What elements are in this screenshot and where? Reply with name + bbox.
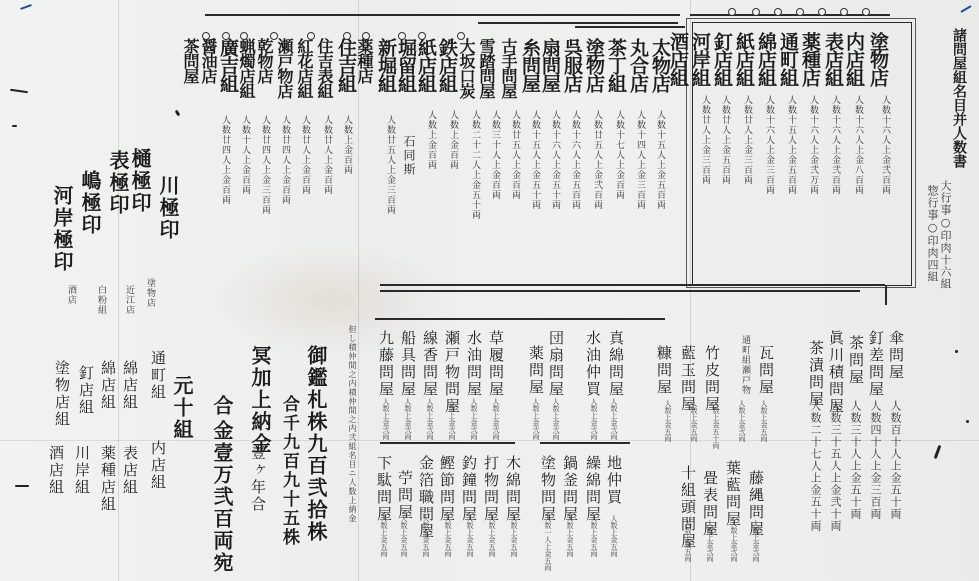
- ink-mark: [15, 485, 29, 487]
- summary-total-label: 合: [212, 395, 232, 417]
- group-mid-14: 薬種店: [356, 38, 372, 83]
- lower-group: 鍋釜問屋: [562, 455, 577, 523]
- group-upper-3: 薬種店: [800, 32, 819, 86]
- group-upper-4: 通町組: [778, 32, 797, 86]
- group-mid-1: 丸合店: [628, 38, 647, 92]
- ink-mark: [955, 350, 958, 353]
- group-mid-detail: 人数十人上金百両: [240, 115, 249, 195]
- lower-group: 瓦問屋: [758, 345, 773, 396]
- bracket-ring: [457, 32, 465, 40]
- group-mid-21: 廣吉組: [218, 38, 237, 92]
- bracket-line: [380, 442, 515, 444]
- lower-group: 傘問屋: [888, 330, 903, 381]
- lower-group: 釣鐘問屋: [461, 455, 476, 523]
- bracket-line: [478, 22, 678, 24]
- group-mid-20: 蝋燭店組: [238, 38, 254, 98]
- lower-group: 塗物問屋: [540, 455, 555, 523]
- group-mid-detail: 人数廿五人上金弐百両: [592, 110, 601, 210]
- lower-group: 木綿問屋: [505, 455, 520, 523]
- lower-group: 線香問屋: [422, 330, 437, 398]
- lower-detail: 人数上金五両: [690, 400, 697, 442]
- lower-detail: 人数二十七人上金五十両: [810, 400, 821, 532]
- group-upper-8: 河岸組: [690, 32, 709, 86]
- group-mid-3: 塗物店: [584, 38, 603, 92]
- group-mid-detail: 人数三十人上金百両: [490, 110, 499, 200]
- bracket-ring: [752, 8, 760, 16]
- bracket-ring: [728, 8, 736, 16]
- group-upper-5: 綿店組: [756, 32, 775, 86]
- lower-group: 釘差問屋: [868, 330, 883, 398]
- lower-detail: 人数上金弐両: [590, 398, 597, 440]
- lower-detail: 人数三十五人上金弐十両: [830, 400, 841, 532]
- lower-detail: 人数三十人上金五十両: [850, 400, 861, 520]
- lower-group: 糠問屋: [656, 345, 671, 396]
- group-mid-detail: 人数上金百両: [342, 115, 351, 175]
- lower-detail: 人数上金五両: [590, 515, 597, 557]
- lower-detail: 人数上金弐両: [610, 398, 617, 440]
- lower-detail: 人数一人上金五両: [544, 515, 551, 571]
- lower-detail: 人数上金弐両: [470, 398, 477, 440]
- group-upper-detail: 人数廿人上金三百両: [700, 95, 709, 185]
- lower-group: 茶漬問屋: [808, 340, 823, 408]
- group-mid-17: 紅花店組: [296, 38, 312, 98]
- mark-kawa: 川極印: [158, 175, 178, 241]
- summary-total-amount: 金壹万弐百両宛: [212, 420, 232, 574]
- group-mid-10: 鉄店組: [437, 38, 456, 92]
- lower-detail: 人数上金弐両: [552, 398, 559, 440]
- group-mid-detail: 人数十四人上金三百両: [635, 110, 644, 210]
- note-general-official: 惣行事○印肉四組: [927, 185, 938, 283]
- left-group: 塗物店組: [54, 360, 69, 428]
- group-mid-detail: 石同斯: [403, 135, 415, 177]
- group-upper-detail: 人数廿人上金五百両: [720, 95, 729, 185]
- bracket-line: [575, 26, 685, 28]
- group-mid-detail: 人数十五人上金五百両: [655, 110, 664, 210]
- group-mid-22: 醤油店: [200, 38, 216, 83]
- mark-note: 白粉組: [96, 285, 105, 315]
- mark-shima: 嶋極印: [80, 170, 100, 236]
- lower-group: 下駄問屋: [376, 455, 391, 523]
- lower-group: 葉藍問屋: [725, 460, 740, 528]
- lower-group: 薬問屋: [528, 345, 543, 396]
- bracket-ring: [774, 8, 782, 16]
- group-mid-detail: 人数廿五人上金百両: [510, 110, 519, 200]
- lower-group: 通町組瀬戸物: [740, 335, 749, 395]
- group-mid-5: 扇問屋: [540, 38, 559, 92]
- bracket-line: [375, 318, 665, 320]
- bracket-ring: [240, 32, 248, 40]
- lower-group: 水油仲買: [585, 330, 600, 398]
- group-upper-0: 塗物店: [868, 32, 887, 86]
- group-mid-9: 大坂口炭: [458, 38, 474, 98]
- bracket-line: [380, 290, 860, 292]
- bracket-ring: [222, 32, 230, 40]
- bracket-ring: [818, 8, 826, 16]
- left-group: 表店組: [122, 445, 137, 496]
- lower-detail: 人数上金五両: [566, 515, 573, 557]
- group-mid-0: 太物店: [650, 38, 669, 92]
- lower-detail: 人数上金弐両: [426, 398, 433, 440]
- bracket-line: [380, 284, 885, 286]
- summary-licensed-shares: 御鑑札株九百弐拾株: [306, 345, 326, 543]
- lower-group: 団扇問屋: [548, 330, 563, 398]
- bracket-ring: [398, 32, 406, 40]
- group-upper-detail: 人数十六人上金弐万両: [808, 95, 817, 195]
- group-mid-detail: 人数十六人上金五十両: [550, 110, 559, 210]
- lower-detail: 人数四十人上金三百両: [870, 400, 881, 520]
- lower-detail: 人数上金五十両: [712, 400, 719, 449]
- left-group-title: 元十組: [172, 375, 192, 441]
- lower-group: 地仲買: [606, 455, 621, 506]
- group-mid-13: 新堀組: [376, 38, 395, 92]
- mark-note: 塗物店: [145, 278, 154, 308]
- group-upper-detail: 人数十六人上金八百両: [853, 95, 862, 195]
- left-group: 綿店組: [100, 360, 115, 411]
- group-mid-detail: 人数上金百両: [426, 110, 435, 170]
- bracket-ring: [418, 32, 426, 40]
- group-mid-4: 呉服店: [562, 38, 581, 92]
- bracket-ring: [343, 32, 351, 40]
- lower-group: 苧問屋: [397, 470, 412, 521]
- group-upper-7: 釘店組: [712, 32, 731, 86]
- lower-detail: 人数上金弐両: [404, 398, 411, 440]
- bracket-ring: [307, 32, 315, 40]
- paper-fold: [118, 0, 119, 581]
- left-group: 酒店組: [48, 445, 63, 496]
- group-upper-detail: 人数廿人上金三百両: [742, 95, 751, 185]
- mark-hi: 樋極印: [130, 148, 150, 214]
- group-mid-detail: 人数上金百両: [448, 110, 457, 170]
- group-mid-8: 雪踏問屋: [478, 38, 494, 98]
- group-mid-6: 糸問屋: [520, 38, 539, 92]
- group-upper-detail: 人数十六人上金弐百両: [830, 95, 839, 195]
- mark-note: 近江店: [124, 285, 133, 315]
- lower-detail: 人数上金五両: [466, 515, 473, 557]
- left-group: 内店組: [150, 440, 165, 491]
- group-mid-detail: 人数十六人上金五百両: [570, 110, 579, 210]
- bracket-ring: [202, 32, 210, 40]
- mark-note: 酒店: [66, 285, 75, 305]
- group-upper-detail: 人数十六人上金三百両: [764, 95, 773, 195]
- lower-group: 打物問屋: [483, 455, 498, 523]
- group-mid-detail: 人数廿四人上金百両: [220, 115, 229, 205]
- lower-group: 鰹節問屋: [439, 455, 454, 523]
- left-group: 薬種店組: [100, 445, 115, 513]
- document-title: 諸問屋組名目并人数書: [952, 28, 966, 168]
- paper-fold: [358, 0, 359, 581]
- note-grand-official: 大行事○印肉十六組: [940, 180, 951, 290]
- bracket-line: [885, 285, 887, 305]
- group-upper-2: 表店組: [823, 32, 842, 86]
- lower-detail: 人数上金五両: [444, 515, 451, 557]
- lower-detail: 人数上金弐両: [730, 520, 737, 562]
- mark-omote: 表極印: [108, 150, 128, 216]
- bracket-line: [690, 14, 890, 16]
- lower-detail: 人数上金五両: [510, 515, 517, 557]
- group-upper-detail: 人数十五人上金五百両: [786, 95, 795, 195]
- group-mid-detail: 人数廿人上金百両: [322, 115, 331, 195]
- lower-group: 草履問屋: [488, 330, 503, 398]
- group-mid-18: 瀬戸物店: [276, 38, 292, 98]
- ink-mark: [12, 125, 17, 127]
- lower-detail: 人数上金五両: [684, 520, 691, 562]
- group-mid-11: 紙店組: [416, 38, 435, 92]
- group-mid-detail: 人数十五人上金五十両: [530, 110, 539, 210]
- group-mid-12: 堀留組: [396, 38, 415, 92]
- group-mid-16: 住吉表組: [316, 38, 332, 98]
- bracket-line: [205, 14, 680, 16]
- group-upper-detail: 人数十六人上金弐百両: [880, 95, 889, 195]
- lower-detail: 人数上金五両: [610, 515, 617, 557]
- lower-detail: 人数上金弐両: [738, 400, 745, 442]
- summary-note: 但し積仲間之内積仲間之内弐組名目ニ人数上納金: [348, 325, 356, 523]
- bracket-ring: [362, 32, 370, 40]
- group-mid-detail: 人数廿人上金百両: [300, 115, 309, 195]
- lower-detail: 人数上金弐両: [532, 398, 539, 440]
- lower-group: 真綿問屋: [608, 330, 623, 398]
- group-mid-detail: 人数廿五人上金三百両: [385, 115, 394, 215]
- lower-detail: 人数上金弐両: [382, 398, 389, 440]
- bracket-ring: [840, 8, 848, 16]
- lower-detail: 人数上金弐両: [448, 398, 455, 440]
- summary-yearly: 壹ヶ年合: [250, 445, 265, 513]
- lower-detail: 人数上金五両: [422, 515, 429, 557]
- lower-group: 茶問屋: [848, 335, 863, 386]
- group-mid-detail: 人数二十二人上金五十両: [470, 110, 479, 220]
- bracket-ring: [270, 32, 278, 40]
- lower-group: 船具問屋: [400, 330, 415, 398]
- lower-detail: 人数百十人上金五十両: [890, 400, 901, 520]
- lower-detail: 人数上金五両: [760, 400, 767, 442]
- group-mid-detail: 人数廿四人上金三百両: [260, 115, 269, 215]
- summary-total-shares: 合千九百九十五株: [280, 395, 297, 547]
- left-group: 通町組: [150, 350, 165, 401]
- lower-group: 水油問屋: [466, 330, 481, 398]
- left-group: 釘店組: [78, 365, 93, 416]
- group-mid-7: 古手問屋: [500, 38, 516, 98]
- lower-detail: 人数上金五両: [400, 515, 407, 557]
- ink-mark: [966, 420, 969, 423]
- lower-detail: 人数上金五両: [380, 515, 387, 557]
- group-mid-19: 乾物店: [256, 38, 272, 83]
- lower-detail: 人数上金弐両: [752, 520, 759, 562]
- group-mid-15: 住吉組: [336, 38, 355, 92]
- lower-group: 繰綿問屋: [585, 455, 600, 523]
- bracket-ring: [862, 8, 870, 16]
- group-upper-1: 内店組: [844, 32, 863, 86]
- group-mid-24: 茶問屋: [182, 38, 198, 83]
- summary-myoga-label: 冥加上納金: [250, 345, 270, 455]
- left-group: 綿店組: [122, 360, 137, 411]
- lower-group: 九藤問屋: [378, 330, 393, 398]
- bracket-line: [540, 442, 630, 444]
- lower-detail: 人数上金五両: [664, 400, 671, 442]
- lower-detail: 人数上金五両: [488, 515, 495, 557]
- mark-kashi: 河岸極印: [52, 185, 72, 273]
- group-mid-2: 茶丁組: [606, 38, 625, 92]
- bracket-ring: [796, 8, 804, 16]
- left-group: 川岸組: [74, 445, 89, 496]
- lower-detail: 人数上金弐両: [706, 520, 713, 562]
- group-mid-detail: 人数廿四人上金百両: [280, 115, 289, 205]
- lower-detail: 人数上金弐両: [492, 398, 499, 440]
- group-upper-6: 紙店組: [734, 32, 753, 86]
- group-mid-detail: 人数十七人上金百両: [614, 110, 623, 200]
